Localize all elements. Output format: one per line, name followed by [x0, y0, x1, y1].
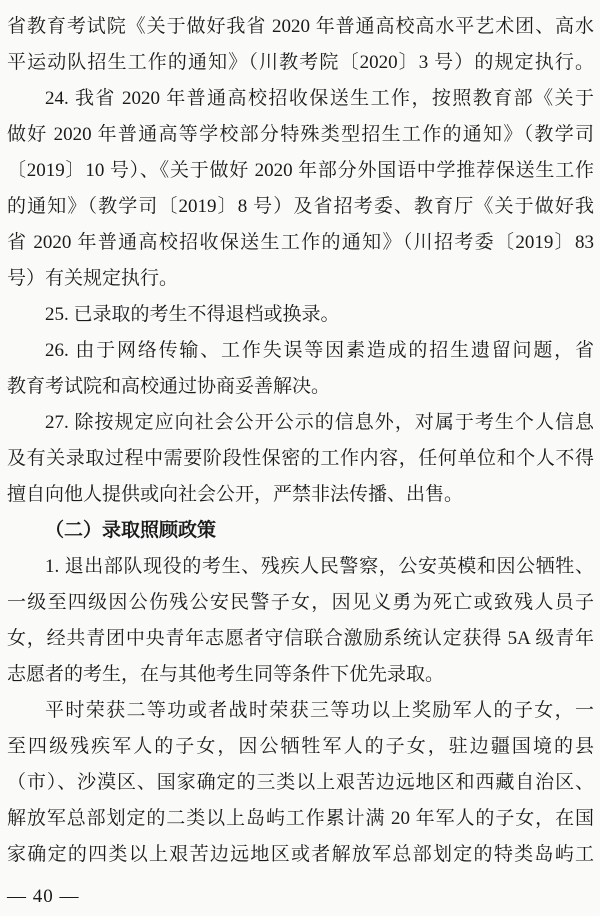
document-line: 擅自向他人提供或向社会公开，严禁非法传播、出售。 — [7, 477, 594, 513]
document-line: 平时荣获二等功或者战时荣获三等功以上奖励军人的子女，一 — [7, 693, 594, 729]
document-line: 的通知》（教学司〔2019〕8 号）及省招考委、教育厅《关于做好我 — [7, 189, 594, 225]
document-line: 1. 退出部队现役的考生、残疾人民警察，公安英模和因公牺牲、 — [7, 549, 594, 585]
document-line: 平运动队招生工作的通知》（川教考院〔2020〕3 号）的规定执行。 — [7, 45, 594, 81]
document-page: 省教育考试院《关于做好我省 2020 年普通高校高水平艺术团、高水 平运动队招生… — [0, 0, 600, 916]
document-line: 解放军总部划定的二类以上岛屿工作累计满 20 年军人的子女，在国 — [7, 801, 594, 837]
section-heading: （二）录取照顾政策 — [7, 513, 594, 549]
document-line: 〔2019〕10 号）、《关于做好 2020 年部分外国语中学推荐保送生工作 — [7, 153, 594, 189]
document-line: 至四级残疾军人的子女，因公牺牲军人的子女，驻边疆国境的县 — [7, 729, 594, 765]
document-line: 教育考试院和高校通过协商妥善解决。 — [7, 369, 594, 405]
document-line: 24. 我省 2020 年普通高校招收保送生工作，按照教育部《关于 — [7, 81, 594, 117]
document-line: 27. 除按规定应向社会公开公示的信息外，对属于考生个人信息 — [7, 405, 594, 441]
document-line: 号）有关规定执行。 — [7, 261, 594, 297]
document-line: 省教育考试院《关于做好我省 2020 年普通高校高水平艺术团、高水 — [7, 9, 594, 45]
document-line: 家确定的四类以上艰苦边远地区或者解放军总部划定的特类岛屿工 — [7, 837, 594, 873]
document-line: 及有关录取过程中需要阶段性保密的工作内容，任何单位和个人不得 — [7, 441, 594, 477]
document-line: 做好 2020 年普通高等学校部分特殊类型招生工作的通知》（教学司 — [7, 117, 594, 153]
document-line: （市）、沙漠区、国家确定的三类以上艰苦边远地区和西藏自治区、 — [7, 765, 594, 801]
document-line: 省 2020 年普通高校招收保送生工作的通知》（川招考委〔2019〕83 — [7, 225, 594, 261]
document-line: 26. 由于网络传输、工作失误等因素造成的招生遗留问题，省 — [7, 333, 594, 369]
document-line: 女，经共青团中央青年志愿者守信联合激励系统认定获得 5A 级青年 — [7, 621, 594, 657]
document-line: 25. 已录取的考生不得退档或换录。 — [7, 297, 594, 333]
page-number: — 40 — — [7, 879, 594, 915]
document-line: 一级至四级因公伤残公安民警子女，因见义勇为死亡或致残人员子 — [7, 585, 594, 621]
document-line: 志愿者的考生，在与其他考生同等条件下优先录取。 — [7, 657, 594, 693]
